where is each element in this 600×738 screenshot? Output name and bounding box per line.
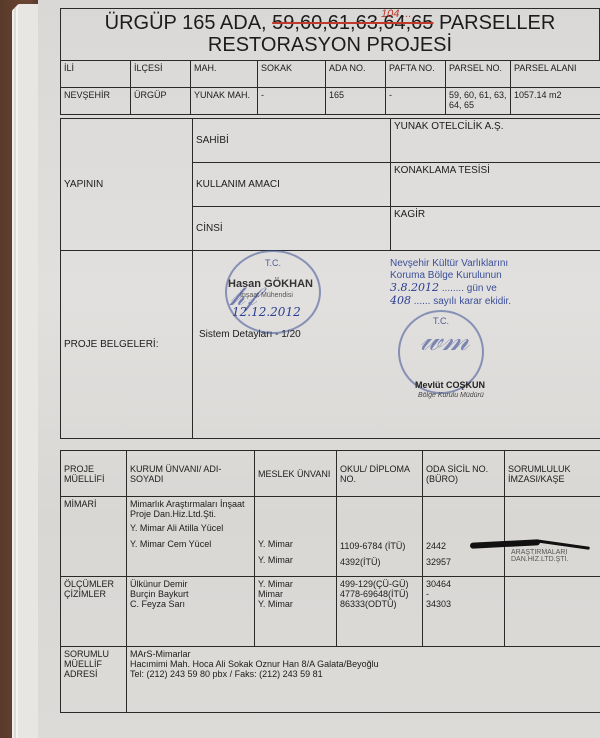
stamp2-title: Bölge Kurulu Müdürü: [418, 392, 484, 399]
mimari-registry-2: 32957: [426, 557, 501, 567]
title-prefix: ÜRGÜP 165 ADA,: [105, 12, 272, 34]
olcumler-registries: 30464 - 34303: [423, 577, 505, 647]
mimari-title-2: Y. Mimar: [258, 555, 333, 565]
mimari-titles: Y. Mimar Y. Mimar: [255, 497, 337, 577]
olcumler-diplomas: 499-129(ÇÜ-GÜ) 4778-69648(İTÜ) 86333(ODT…: [337, 577, 423, 647]
olcumler-diploma-2: 4778-69648(İTÜ): [340, 589, 419, 599]
header-kurum: KURUM ÜNVANI/ ADI-SOYADI: [127, 451, 255, 497]
project-docs-label: PROJE BELGELERİ:: [61, 251, 193, 439]
header-parsel-alani: PARSEL ALANI: [511, 61, 600, 88]
olcumler-label: ÖLÇÜMLER ÇİZİMLER: [61, 577, 127, 647]
company-stamp-text: ARAŞTIRMALARI DAN.HİZ.LTD.ŞTİ.: [511, 549, 600, 563]
value-pafta-no: -: [386, 88, 446, 115]
header-meslek: MESLEK ÜNVANI: [255, 451, 337, 497]
handwritten-annotation: 104 ...: [381, 3, 412, 25]
stamp2-name: Mevlüt COŞKUN: [415, 380, 485, 390]
olcumler-titles: Y. Mimar Mimar Y. Mimar: [255, 577, 337, 647]
address-line2: Hacımimi Mah. Hoca Ali Sokak Oznur Han 8…: [130, 659, 597, 669]
address-line1: MArS-Mimarlar: [130, 649, 597, 659]
authors-table: PROJE MÜELLİFİ KURUM ÜNVANI/ ADI-SOYADI …: [60, 450, 600, 713]
header-imza: SORUMLULUK İMZASI/KAŞE: [505, 451, 600, 497]
value-parsel-alani: 1057.14 m2: [511, 88, 600, 115]
olcumler-diploma-3: 86333(ODTÜ): [340, 599, 419, 609]
header-parsel-no: PARSEL NO.: [446, 61, 511, 88]
olcumler-person-1: Ülkünur Demir: [130, 579, 251, 589]
mimari-names: Mimarlık Araştırmaları İnşaat Proje Dan.…: [127, 497, 255, 577]
olcumler-title-1: Y. Mimar: [258, 579, 333, 589]
authors-header-row: PROJE MÜELLİFİ KURUM ÜNVANI/ ADI-SOYADI …: [61, 451, 600, 497]
olcumler-registry-1: 30464: [426, 579, 501, 589]
field-cinsi: CİNSİ: [193, 207, 391, 251]
value-sokak: -: [258, 88, 326, 115]
value-ilcesi: ÜRGÜP: [131, 88, 191, 115]
location-value-row: NEVŞEHİR ÜRGÜP YUNAK MAH. - 165 - 59, 60…: [61, 88, 600, 115]
field-kullanim-amaci: KULLANIM AMACI: [193, 163, 391, 207]
olcumler-title-2: Mimar: [258, 589, 333, 599]
location-table: İLİ İLÇESİ MAH. SOKAK ADA NO. PAFTA NO. …: [60, 60, 600, 115]
value-ili: NEVŞEHİR: [61, 88, 131, 115]
header-ili: İLİ: [61, 61, 131, 88]
olcumler-diploma-1: 499-129(ÇÜ-GÜ): [340, 579, 419, 589]
value-mah: YUNAK MAH.: [191, 88, 258, 115]
header-ilcesi: İLÇESİ: [131, 61, 191, 88]
stamp1-tc: T.C.: [227, 258, 319, 268]
header-proje-muellifi: PROJE MÜELLİFİ: [61, 451, 127, 497]
olcumler-title-3: Y. Mimar: [258, 599, 333, 609]
value-ada-no: 165: [326, 88, 386, 115]
mimari-diploma-1: 1109-6784 (İTÜ): [340, 541, 419, 551]
document-title: 104 ... ÜRGÜP 165 ADA, 59,60,61,63,64,65…: [60, 8, 600, 60]
signature-2: 𝓌𝓂: [420, 320, 469, 359]
location-header-row: İLİ İLÇESİ MAH. SOKAK ADA NO. PAFTA NO. …: [61, 61, 600, 88]
header-oda-sicil: ODA SİCİL NO.(BÜRO): [423, 451, 505, 497]
mimari-registries: 2442 32957: [423, 497, 505, 577]
header-ada-no: ADA NO.: [326, 61, 386, 88]
header-diploma: OKUL/ DİPLOMA NO.: [337, 451, 423, 497]
value-kullanim-amaci: KONAKLAMA TESİSİ: [391, 163, 600, 207]
olcumler-person-3: C. Feyza Sarı: [130, 599, 251, 609]
mimari-row: MİMARİ Mimarlık Araştırmaları İnşaat Pro…: [61, 497, 600, 577]
mimari-company: Mimarlık Araştırmaları İnşaat Proje Dan.…: [130, 499, 251, 519]
mimari-person-2: Y. Mimar Cem Yücel: [130, 539, 251, 549]
address-label: SORUMLU MÜELLİF ADRESİ: [61, 647, 127, 713]
value-cinsi: KAGİR: [391, 207, 600, 251]
mimari-label: MİMARİ: [61, 497, 127, 577]
mimari-person-1: Y. Mimar Ali Atilla Yücel: [130, 523, 251, 533]
approval-number: 408: [390, 294, 411, 307]
mimari-signature-cell: ARAŞTIRMALARI DAN.HİZ.LTD.ŞTİ.: [505, 497, 600, 577]
header-mah: MAH.: [191, 61, 258, 88]
mimari-title-1: Y. Mimar: [258, 539, 333, 549]
approval-date: 3.8.2012: [390, 281, 439, 294]
olcumler-registry-3: 34303: [426, 599, 501, 609]
olcumler-signature-cell: [505, 577, 600, 647]
olcumler-row: ÖLÇÜMLER ÇİZİMLER Ülkünur Demir Burçin B…: [61, 577, 600, 647]
olcumler-names: Ülkünur Demir Burçin Baykurt C. Feyza Sa…: [127, 577, 255, 647]
value-sahibi: YUNAK OTELCİLİK A.Ş.: [391, 119, 600, 163]
field-sahibi: SAHİBİ: [193, 119, 391, 163]
address-row: SORUMLU MÜELLİF ADRESİ MArS-Mimarlar Hac…: [61, 647, 600, 713]
title-suffix: PARSELLER: [433, 12, 555, 34]
approval-line1: Nevşehir Kültür Varlıklarını: [390, 258, 550, 270]
approval-gun-ve: gün ve: [467, 283, 497, 294]
approval-text: Nevşehir Kültür Varlıklarını Koruma Bölg…: [390, 258, 550, 308]
signature-1: 𝒽𝒻: [230, 282, 257, 313]
address-cell: MArS-Mimarlar Hacımimi Mah. Hoca Ali Sok…: [127, 647, 600, 713]
title-line2: RESTORASYON PROJESİ: [61, 34, 599, 56]
mimari-diploma-2: 4392(İTÜ): [340, 557, 419, 567]
header-pafta-no: PAFTA NO.: [386, 61, 446, 88]
approval-sayili: sayılı karar ekidir.: [433, 296, 511, 307]
value-parsel-no: 59, 60, 61, 63, 64, 65: [446, 88, 511, 115]
building-label: YAPININ: [61, 119, 193, 251]
address-line3: Tel: (212) 243 59 80 pbx / Faks: (212) 2…: [130, 669, 597, 679]
header-sokak: SOKAK: [258, 61, 326, 88]
olcumler-registry-2: -: [426, 589, 501, 599]
olcumler-person-2: Burçin Baykurt: [130, 589, 251, 599]
mimari-diplomas: 1109-6784 (İTÜ) 4392(İTÜ): [337, 497, 423, 577]
